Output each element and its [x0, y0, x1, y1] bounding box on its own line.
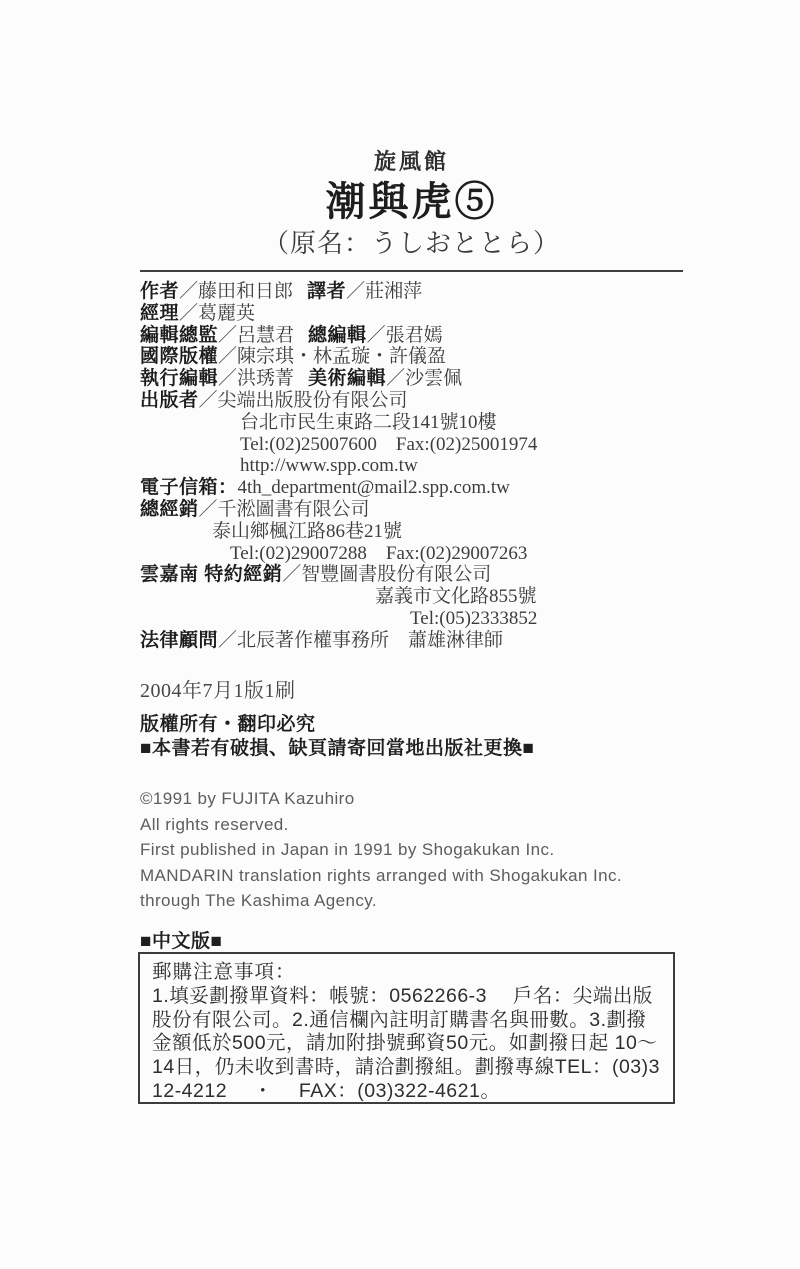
credit-value: 呂慧君 — [237, 325, 294, 346]
regional-distributor-address: 嘉義市文化路855號 — [140, 586, 700, 608]
mail-order-body: 1.填妥劃撥單資料：帳號：0562266-3 戶名：尖端出版股份有限公司。2.通… — [152, 985, 661, 1104]
credit-value: 北辰著作權事務所 蕭雄淋律師 — [237, 630, 503, 651]
copyright-line: 版權所有・翻印必究 — [140, 713, 534, 737]
edition-date: 2004年7月1版1刷 — [140, 674, 296, 703]
credit-value: 莊湘萍 — [365, 281, 422, 302]
imprint-name: 旋風館 — [140, 148, 683, 176]
credit-value: 智豐圖書股份有限公司 — [301, 564, 491, 585]
mail-order-box: 郵購注意事項： 1.填妥劃撥單資料：帳號：0562266-3 戶名：尖端出版股份… — [138, 952, 675, 1104]
credit-label: 美術編輯 — [308, 368, 386, 389]
credit-row-distributor: 總經銷／千淞圖書有限公司 — [140, 499, 700, 521]
regional-distributor-phone: Tel:(05)2333852 — [140, 608, 700, 630]
credit-row-legal-advisor: 法律顧問／北辰著作權事務所 蕭雄淋律師 — [140, 630, 700, 652]
credit-row-email: 電子信箱：4th_department@mail2.spp.com.tw — [140, 477, 700, 499]
credits-list: 作者／藤田和日郎譯者／莊湘萍 經理／葛麗英 編輯總監／呂慧君總編輯／張君嫣 國際… — [140, 281, 700, 652]
page-title: 潮與虎⑤ — [140, 178, 683, 226]
english-copyright: ©1991 by FUJITA Kazuhiro All rights rese… — [140, 786, 700, 914]
credit-label: 經理 — [140, 303, 179, 324]
publisher-website: http://www.spp.com.tw — [140, 455, 700, 477]
credit-value: 千淞圖書有限公司 — [218, 499, 370, 520]
distributor-address: 泰山鄉楓江路86巷21號 — [140, 521, 700, 543]
mail-order-heading: 郵購注意事項： — [152, 961, 661, 985]
credit-row-manager: 經理／葛麗英 — [140, 303, 700, 325]
title-block: 旋風館 潮與虎⑤ （原名：うしおととら） — [140, 148, 683, 260]
credit-row-publisher: 出版者／尖端出版股份有限公司 — [140, 390, 700, 412]
credit-value: 尖端出版股份有限公司 — [218, 390, 408, 411]
credit-label: 出版者 — [140, 390, 199, 411]
first-published-line: First published in Japan in 1991 by Shog… — [140, 837, 700, 863]
credit-label: 總編輯 — [308, 325, 367, 346]
credit-value: 張君嫣 — [386, 325, 443, 346]
credit-row-intl-rights: 國際版權／陳宗琪・林孟璇・許儀盈 — [140, 346, 700, 368]
damage-notice: ■本書若有破損、缺頁請寄回當地出版社更換■ — [140, 737, 534, 761]
original-title: （原名：うしおととら） — [140, 228, 683, 260]
publisher-phone: Tel:(02)25007600 Fax:(02)25001974 — [140, 434, 700, 456]
divider-rule — [140, 270, 683, 272]
rights-reserved-line: All rights reserved. — [140, 812, 700, 838]
credit-label: 雲嘉南 特約經銷 — [140, 564, 282, 585]
email-address: 4th_department@mail2.spp.com.tw — [238, 477, 510, 498]
credit-label: 執行編輯 — [140, 368, 218, 389]
distributor-phone: Tel:(02)29007288 Fax:(02)29007263 — [140, 543, 700, 565]
credit-label: 譯者 — [307, 281, 346, 302]
copyright-year-line: ©1991 by FUJITA Kazuhiro — [140, 786, 700, 812]
credit-row-regional-distributor: 雲嘉南 特約經銷／智豐圖書股份有限公司 — [140, 564, 700, 586]
publisher-address: 台北市民生東路二段141號10樓 — [140, 412, 700, 434]
credit-label: 作者 — [140, 281, 179, 302]
credit-value: 藤田和日郎 — [198, 281, 293, 302]
copyright-notice: 版權所有・翻印必究 ■本書若有破損、缺頁請寄回當地出版社更換■ — [140, 713, 534, 760]
credit-value: 洪琇菁 — [237, 368, 294, 389]
credit-value: 沙雲佩 — [405, 368, 462, 389]
credit-label: 電子信箱 — [140, 477, 218, 498]
credit-label: 編輯總監 — [140, 325, 218, 346]
credit-value: 葛麗英 — [198, 303, 255, 324]
chinese-edition-mark: ■中文版■ — [140, 926, 222, 953]
credit-value: 陳宗琪・林孟璇・許儀盈 — [237, 346, 446, 367]
credit-label: 總經銷 — [140, 499, 199, 520]
credit-row-editorial-director: 編輯總監／呂慧君總編輯／張君嫣 — [140, 325, 700, 347]
credit-label: 國際版權 — [140, 346, 218, 367]
translation-rights-line: MANDARIN translation rights arranged wit… — [140, 863, 700, 889]
colophon-page: 旋風館 潮與虎⑤ （原名：うしおととら） 作者／藤田和日郎譯者／莊湘萍 經理／葛… — [0, 0, 800, 1269]
credit-label: 法律顧問 — [140, 630, 218, 651]
credit-row-author: 作者／藤田和日郎譯者／莊湘萍 — [140, 281, 700, 303]
agency-line: through The Kashima Agency. — [140, 888, 700, 914]
credit-row-executive-editor: 執行編輯／洪琇菁美術編輯／沙雲佩 — [140, 368, 700, 390]
